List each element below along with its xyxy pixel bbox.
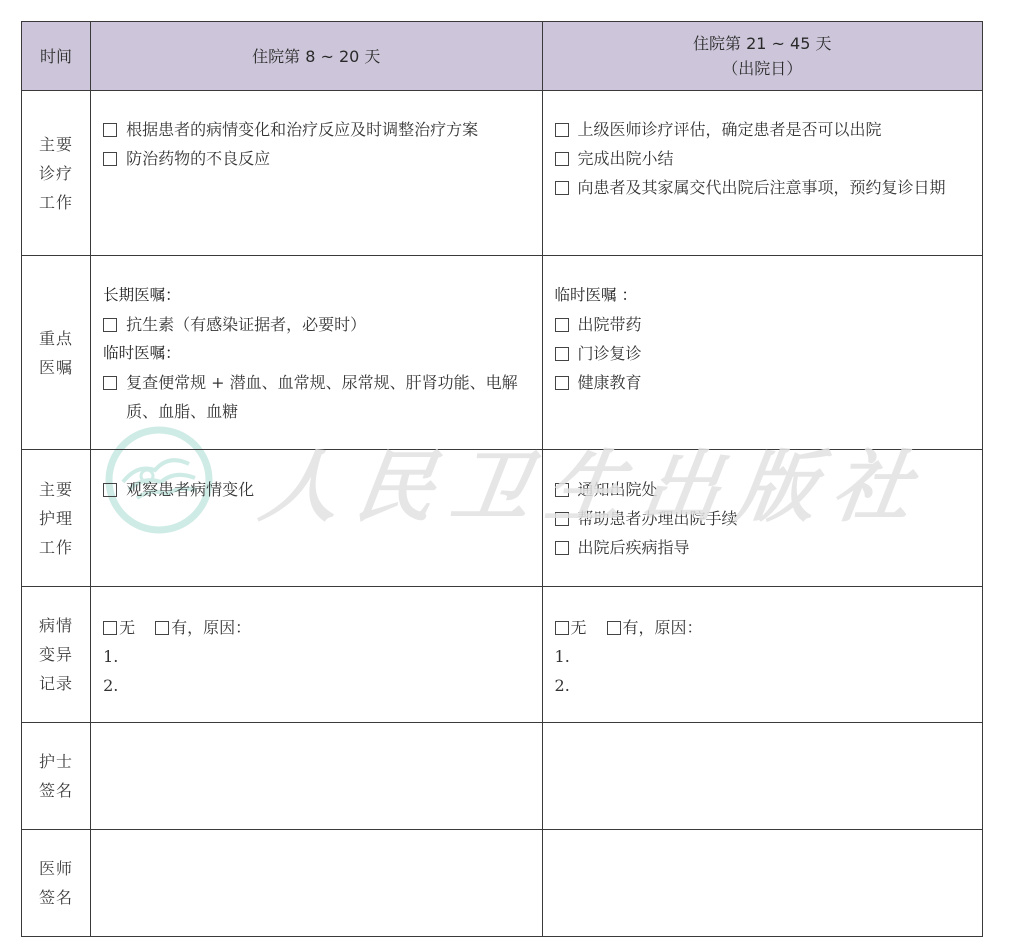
checkbox[interactable] <box>103 621 117 635</box>
diagnosis-cell-a: 根据患者的病情变化和治疗反应及时调整治疗方案 防治药物的不良反应 <box>91 91 542 256</box>
nursing-cell-a: 观察患者病情变化 <box>91 450 542 587</box>
checklist-item: 门诊复诊 <box>555 339 972 368</box>
row-doctor-signature: 医师 签名 <box>22 830 983 937</box>
checklist-item-text: 出院后疾病指导 <box>578 533 690 562</box>
label-line: 记录 <box>22 669 90 698</box>
checkbox[interactable] <box>103 483 117 497</box>
option-yes-label: 有，原因： <box>171 613 251 642</box>
checklist-item: 观察患者病情变化 <box>103 475 531 504</box>
checkbox[interactable] <box>555 376 569 390</box>
checklist-item: 向患者及其家属交代出院后注意事项，预约复诊日期 <box>555 173 972 202</box>
checklist-item-text: 门诊复诊 <box>578 339 642 368</box>
checklist-item-text: 向患者及其家属交代出院后注意事项，预约复诊日期 <box>578 173 946 202</box>
variation-options: 无 有，原因： <box>103 613 531 642</box>
option-none[interactable]: 无 <box>555 613 587 642</box>
checklist-item: 健康教育 <box>555 368 972 397</box>
row-label-doctor-signature: 医师 签名 <box>22 830 91 937</box>
option-yes[interactable]: 有，原因： <box>155 613 251 642</box>
checklist-item: 通知出院处 <box>555 475 972 504</box>
option-yes-label: 有，原因： <box>623 613 703 642</box>
label-line: 诊疗 <box>22 159 90 188</box>
option-yes[interactable]: 有，原因： <box>607 613 703 642</box>
orders-cell-a: 长期医嘱： 抗生素（有感染证据者，必要时） 临时医嘱： 复查便常规 + 潜血、血… <box>91 256 542 450</box>
header-day-21-45-line1: 住院第 21 ~ 45 天 <box>543 31 982 56</box>
label-line: 医嘱 <box>22 353 90 382</box>
variation-options: 无 有，原因： <box>555 613 972 642</box>
checklist-item: 出院带药 <box>555 310 972 339</box>
checklist-item-text: 完成出院小结 <box>578 144 674 173</box>
reason-line-1[interactable]: 1. <box>555 642 972 671</box>
checklist-item: 根据患者的病情变化和治疗反应及时调整治疗方案 <box>103 115 531 144</box>
label-line: 重点 <box>22 324 90 353</box>
temporary-orders-title: 临时医嘱 ： <box>555 281 972 310</box>
row-label-nursing-work: 主要 护理 工作 <box>22 450 91 587</box>
header-time: 时间 <box>22 22 91 91</box>
checkbox[interactable] <box>103 376 117 390</box>
checkbox[interactable] <box>607 621 621 635</box>
checklist-item-text: 复查便常规 + 潜血、血常规、尿常规、肝肾功能、电解质、血脂、血糖 <box>126 368 531 426</box>
option-none[interactable]: 无 <box>103 613 135 642</box>
reason-line-2[interactable]: 2. <box>555 671 972 700</box>
reason-line-1[interactable]: 1. <box>103 642 531 671</box>
checkbox[interactable] <box>155 621 169 635</box>
doctor-signature-field-a[interactable] <box>91 830 542 937</box>
checklist-item-text: 上级医师诊疗评估，确定患者是否可以出院 <box>578 115 882 144</box>
checklist-item: 帮助患者办理出院手续 <box>555 504 972 533</box>
label-line: 工作 <box>22 188 90 217</box>
row-key-orders: 重点 医嘱 长期医嘱： 抗生素（有感染证据者，必要时） 临时医嘱： 复查便常规 … <box>22 256 983 450</box>
checkbox[interactable] <box>555 541 569 555</box>
checklist-item-text: 出院带药 <box>578 310 642 339</box>
header-row: 时间 住院第 8 ~ 20 天 住院第 21 ~ 45 天 （出院日） <box>22 22 983 91</box>
label-line: 主要 <box>22 130 90 159</box>
row-label-variation-record: 病情 变异 记录 <box>22 587 91 723</box>
checklist-item: 防治药物的不良反应 <box>103 144 531 173</box>
label-line: 变异 <box>22 640 90 669</box>
nurse-signature-field-a[interactable] <box>91 723 542 830</box>
checkbox[interactable] <box>555 347 569 361</box>
header-day-8-20: 住院第 8 ~ 20 天 <box>91 22 542 91</box>
checkbox[interactable] <box>555 152 569 166</box>
checkbox[interactable] <box>555 181 569 195</box>
option-none-label: 无 <box>119 613 135 642</box>
checklist-item: 抗生素（有感染证据者，必要时） <box>103 310 531 339</box>
label-line: 工作 <box>22 533 90 562</box>
checklist-item-text: 根据患者的病情变化和治疗反应及时调整治疗方案 <box>126 115 478 144</box>
checkbox[interactable] <box>555 483 569 497</box>
label-line: 护士 <box>22 747 90 776</box>
doctor-signature-field-b[interactable] <box>542 830 982 937</box>
header-day-21-45-line2: （出院日） <box>543 56 982 81</box>
checkbox[interactable] <box>555 512 569 526</box>
nursing-cell-b: 通知出院处 帮助患者办理出院手续 出院后疾病指导 <box>542 450 982 587</box>
nurse-signature-field-b[interactable] <box>542 723 982 830</box>
checkbox[interactable] <box>103 123 117 137</box>
checkbox[interactable] <box>555 318 569 332</box>
checkbox[interactable] <box>555 123 569 137</box>
diagnosis-cell-b: 上级医师诊疗评估，确定患者是否可以出院 完成出院小结 向患者及其家属交代出院后注… <box>542 91 982 256</box>
row-nurse-signature: 护士 签名 <box>22 723 983 830</box>
checklist-item: 完成出院小结 <box>555 144 972 173</box>
row-label-key-orders: 重点 医嘱 <box>22 256 91 450</box>
reason-line-2[interactable]: 2. <box>103 671 531 700</box>
label-line: 护理 <box>22 504 90 533</box>
checkbox[interactable] <box>103 318 117 332</box>
temporary-orders-title: 临时医嘱： <box>103 339 531 368</box>
orders-cell-b: 临时医嘱 ： 出院带药 门诊复诊 健康教育 <box>542 256 982 450</box>
checklist-item: 出院后疾病指导 <box>555 533 972 562</box>
variation-cell-a: 无 有，原因： 1. 2. <box>91 587 542 723</box>
checklist-item-text: 防治药物的不良反应 <box>126 144 270 173</box>
checklist-item-text: 帮助患者办理出院手续 <box>578 504 738 533</box>
label-line: 病情 <box>22 611 90 640</box>
clinical-pathway-table: 时间 住院第 8 ~ 20 天 住院第 21 ~ 45 天 （出院日） 主要 诊… <box>21 21 983 937</box>
checklist-item-text: 健康教育 <box>578 368 642 397</box>
variation-cell-b: 无 有，原因： 1. 2. <box>542 587 982 723</box>
row-variation-record: 病情 变异 记录 无 有，原因： 1. 2. <box>22 587 983 723</box>
row-nursing-work: 主要 护理 工作 观察患者病情变化 通知出院处 帮助患者办理出院手续 <box>22 450 983 587</box>
checklist-item-text: 观察患者病情变化 <box>126 475 254 504</box>
checklist-item-text: 通知出院处 <box>578 475 658 504</box>
checklist-item: 复查便常规 + 潜血、血常规、尿常规、肝肾功能、电解质、血脂、血糖 <box>103 368 531 426</box>
checkbox[interactable] <box>555 621 569 635</box>
checkbox[interactable] <box>103 152 117 166</box>
header-day-21-45: 住院第 21 ~ 45 天 （出院日） <box>542 22 982 91</box>
row-diagnosis-work: 主要 诊疗 工作 根据患者的病情变化和治疗反应及时调整治疗方案 防治药物的不良反… <box>22 91 983 256</box>
long-term-orders-title: 长期医嘱： <box>103 281 531 310</box>
label-line: 签名 <box>22 883 90 912</box>
label-line: 主要 <box>22 475 90 504</box>
row-label-nurse-signature: 护士 签名 <box>22 723 91 830</box>
checklist-item: 上级医师诊疗评估，确定患者是否可以出院 <box>555 115 972 144</box>
checklist-item-text: 抗生素（有感染证据者，必要时） <box>126 310 366 339</box>
label-line: 签名 <box>22 776 90 805</box>
option-none-label: 无 <box>571 613 587 642</box>
row-label-diagnosis-work: 主要 诊疗 工作 <box>22 91 91 256</box>
label-line: 医师 <box>22 854 90 883</box>
